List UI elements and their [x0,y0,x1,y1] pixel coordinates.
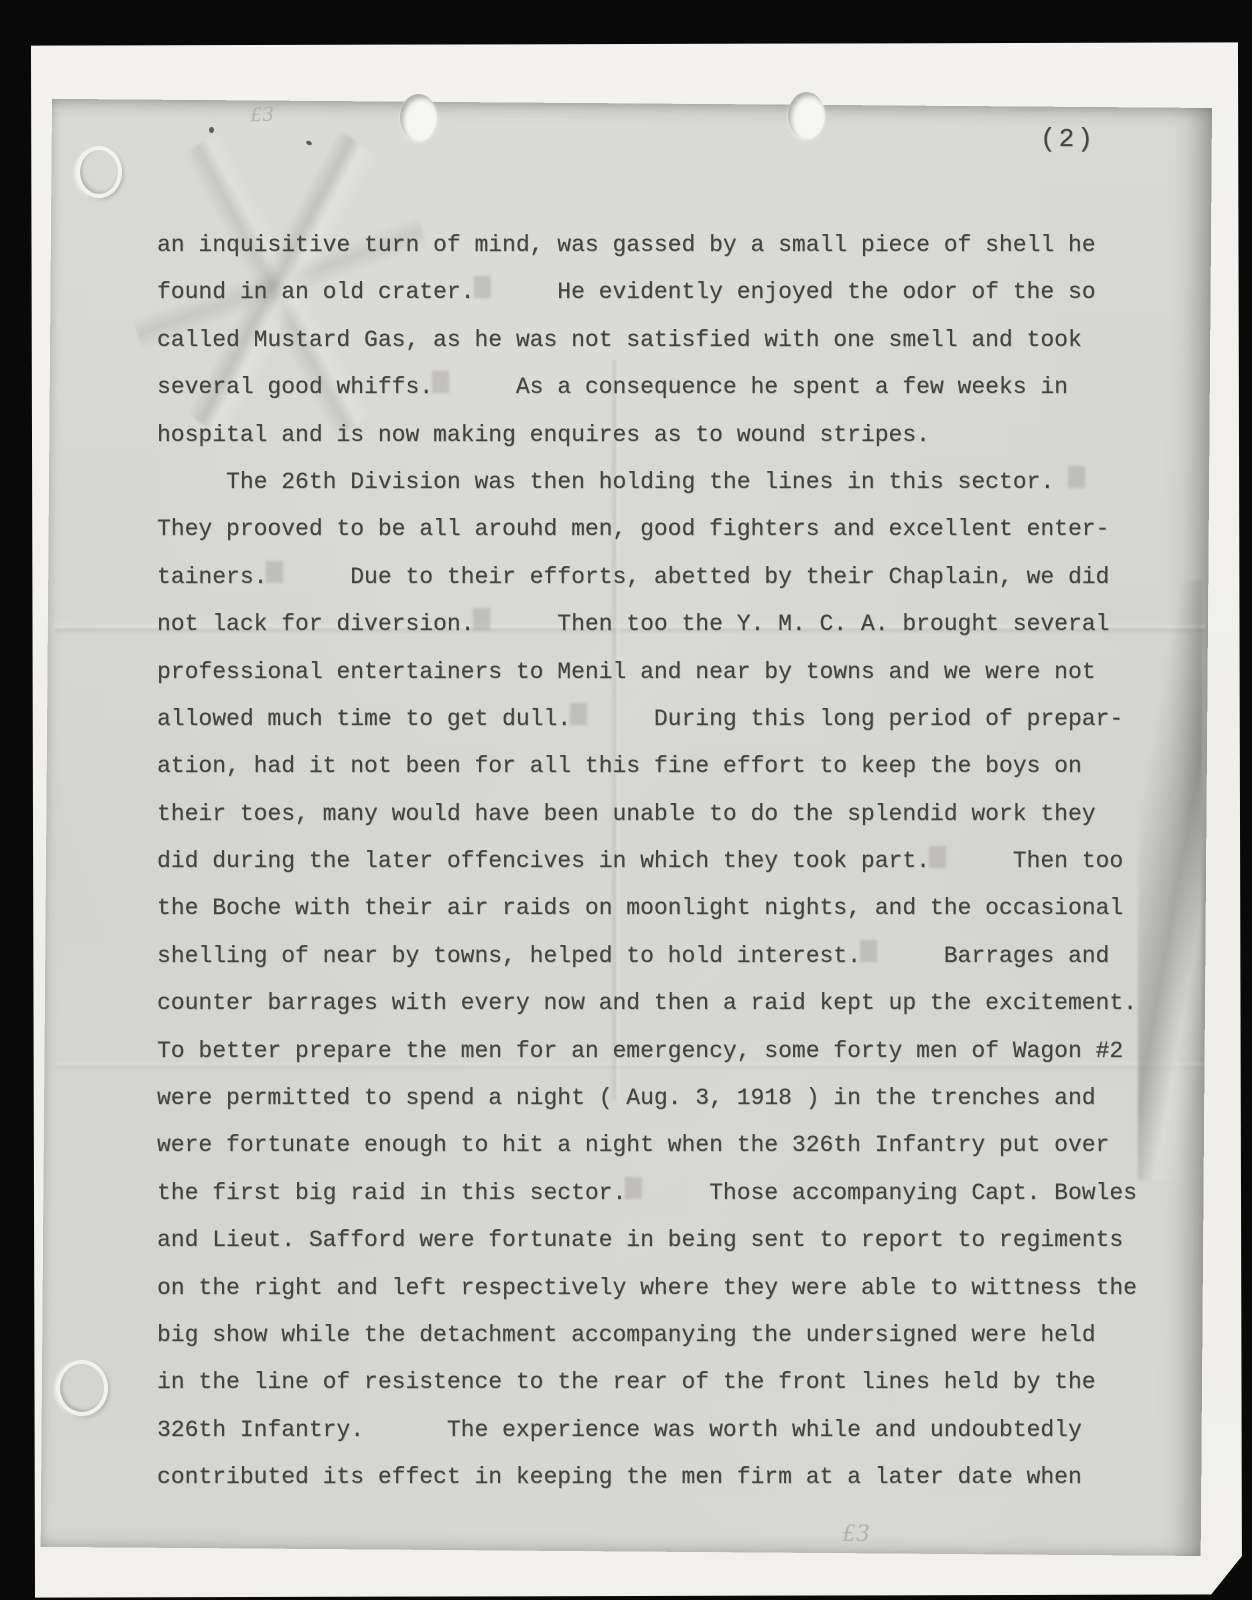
erasure-smudge [266,561,283,583]
text-line: were permitted to spend a night ( Aug. 3… [157,1075,1217,1122]
text-line: The 26th Division was then holding the l… [157,459,1217,506]
text-line: and Lieut. Safford were fortunate in bei… [157,1217,1217,1264]
erasure-smudge [625,1177,642,1199]
text-line: called Mustard Gas, as he was not satisf… [157,317,1217,364]
text-line: tainers. Due to their efforts, abetted b… [157,554,1217,601]
text-line: contributed its effect in keeping the me… [157,1454,1217,1501]
text-line: the first big raid in this sector. Those… [157,1170,1217,1217]
text-line: the Boche with their air raids on moonli… [157,885,1217,932]
ink-speck [209,127,214,133]
punch-hole [400,94,437,141]
text-line: big show while the detachment accompanyi… [157,1312,1217,1359]
embossed-hole-impression [76,146,122,198]
embossed-hole-impression [56,1360,108,1416]
text-line: counter barrages with every now and then… [157,980,1217,1027]
text-line: hospital and is now making enquires as t… [157,412,1217,459]
text-line: found in an old crater. He evidently enj… [157,269,1217,316]
pencil-mark: £3 [842,1522,870,1547]
text-line: shelling of near by towns, helped to hol… [157,933,1217,980]
erasure-smudge [570,703,587,725]
text-line: several good whiffs. As a consequence he… [157,364,1217,411]
erasure-smudge [1068,466,1085,488]
text-line: not lack for diversion. Then too the Y. … [157,601,1217,648]
text-line: did during the later offencives in which… [157,838,1217,885]
text-line: They prooved to be all arouhd men, good … [157,506,1217,553]
text-line: ation, had it not been for all this fine… [157,743,1217,790]
text-line: their toes, many would have been unable … [157,791,1217,838]
punch-hole [788,92,825,139]
text-line: 326th Infantry. The experience was worth… [157,1407,1217,1454]
erasure-smudge [929,846,946,868]
text-line: professional entertainers to Menil and n… [157,649,1217,696]
erasure-smudge [860,940,877,962]
text-line: To better prepare the men for an emergen… [157,1028,1217,1075]
text-line: an inquisitive turn of mind, was gassed … [157,222,1217,269]
text-line: in the line of resistence to the rear of… [157,1359,1217,1406]
text-line: were fortunate enough to hit a night whe… [157,1122,1217,1169]
erasure-smudge [432,371,449,393]
text-line: allowed much time to get dull. During th… [157,696,1217,743]
page-number: (2) [1040,124,1096,154]
pencil-mark: £3 [249,103,274,126]
erasure-smudge [474,276,491,298]
typed-text-block: an inquisitive turn of mind, was gassed … [157,222,1217,1502]
text-line: on the right and left respectively where… [157,1265,1217,1312]
erasure-smudge [473,608,490,630]
